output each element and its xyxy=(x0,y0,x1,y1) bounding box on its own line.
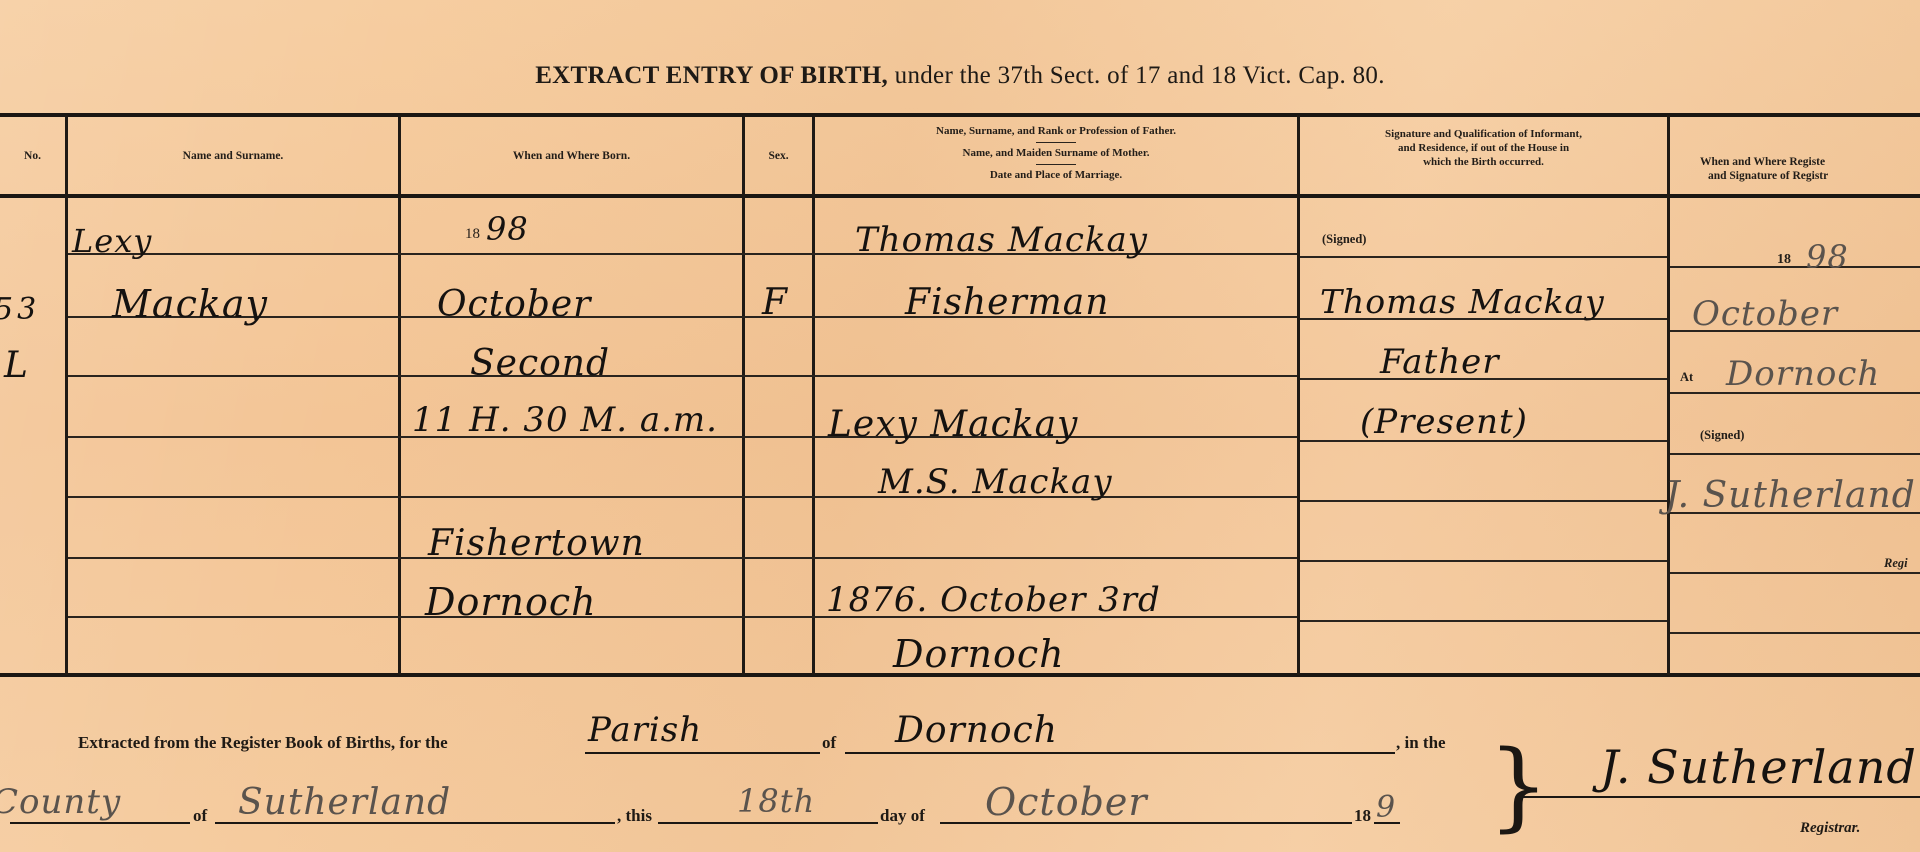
footer-day-line xyxy=(658,822,878,824)
registered-year-prefix: 18 xyxy=(1777,252,1791,268)
footer-day-of-label: day of xyxy=(880,806,925,826)
informant-rule-7 xyxy=(1300,620,1667,622)
header-name-label: Name and Surname. xyxy=(183,148,284,165)
header-registered: When and Where Registe and Signature of … xyxy=(1700,150,1920,190)
child-first-name: Lexy xyxy=(72,222,152,260)
footer-day-value: 18th xyxy=(737,782,815,820)
born-year-prefix: 18 xyxy=(465,226,480,243)
col-divider-parents xyxy=(1297,115,1300,675)
header-informant-label-1: Signature and Qualification of Informant… xyxy=(1385,128,1582,142)
title-bold: EXTRACT ENTRY OF BIRTH, xyxy=(535,62,888,89)
registrar-signed-label: (Signed) xyxy=(1700,428,1744,443)
footer-year-line xyxy=(1374,822,1400,824)
marriage-place: Dornoch xyxy=(893,632,1065,676)
header-informant-label-2: and Residence, if out of the House in xyxy=(1398,142,1569,156)
footer-registrar-label: Registrar. xyxy=(1800,820,1860,837)
footer-of-label: of xyxy=(822,733,836,753)
document-title: EXTRACT ENTRY OF BIRTH, under the 37th S… xyxy=(0,62,1920,90)
footer-this-label: , this xyxy=(617,806,652,826)
col-divider-born xyxy=(742,115,745,675)
row-rule-6 xyxy=(68,557,1297,559)
footer-year-suffix: 9 xyxy=(1376,790,1396,825)
header-informant-label-3: which the Birth occurred. xyxy=(1423,156,1544,170)
footer-county-name-line xyxy=(215,822,615,824)
header-marriage-label: Date and Place of Marriage. xyxy=(990,168,1122,184)
informant-name: Thomas Mackay xyxy=(1320,282,1605,321)
father-name: Thomas Mackay xyxy=(855,220,1148,260)
header-informant: Signature and Qualification of Informant… xyxy=(1300,116,1667,182)
registered-rule-4 xyxy=(1670,453,1920,455)
footer-district-name: Dornoch xyxy=(895,710,1058,751)
header-registered-label-1: When and Where Registe xyxy=(1700,156,1825,170)
header-registered-label-2: and Signature of Registr xyxy=(1700,170,1828,184)
header-sex-label: Sex. xyxy=(768,148,788,165)
mother-name: Lexy Mackay xyxy=(828,404,1078,445)
footer-in-the-label: , in the xyxy=(1396,733,1446,753)
footer-county-name: Sutherland xyxy=(238,782,451,823)
footer-year-prefix: 18 xyxy=(1354,806,1371,826)
footer-district-type-line xyxy=(585,752,820,754)
header-no: No. xyxy=(0,118,65,194)
informant-status: (Present) xyxy=(1360,402,1528,442)
registered-rule-6 xyxy=(1670,572,1920,574)
registered-rule-1 xyxy=(1670,266,1920,268)
header-mother-label: Name, and Maiden Surname of Mother. xyxy=(963,146,1150,162)
header-parents: Name, Surname, and Rank or Profession of… xyxy=(815,114,1297,194)
registrar-signature: J. Sutherland xyxy=(1665,475,1916,516)
header-when-where-born: When and Where Born. xyxy=(401,118,742,194)
footer-county-of-label: of xyxy=(193,806,207,826)
born-place-1: Fishertown xyxy=(428,523,645,564)
born-month: October xyxy=(437,284,591,325)
row-rule-3 xyxy=(68,375,1297,377)
registered-place: Dornoch xyxy=(1726,354,1880,394)
col-divider-no xyxy=(65,115,68,675)
father-profession: Fisherman xyxy=(905,282,1109,323)
informant-qualification: Father xyxy=(1380,342,1500,382)
informant-rule-5 xyxy=(1300,500,1667,502)
registered-year-suffix: 98 xyxy=(1806,238,1849,276)
marriage-date: 1876. October 3rd xyxy=(826,580,1161,620)
footer-registrar-signature: J. Sutherland xyxy=(1600,740,1917,794)
informant-rule-1 xyxy=(1300,256,1667,258)
col-divider-informant xyxy=(1667,115,1670,675)
header-separator xyxy=(1036,142,1076,143)
born-place-2: Dornoch xyxy=(425,580,597,624)
informant-rule-6 xyxy=(1300,560,1667,562)
col-divider-name xyxy=(398,115,401,675)
footer-month-line xyxy=(940,822,1352,824)
header-separator xyxy=(1036,164,1076,165)
footer-county-label: County xyxy=(0,782,121,822)
born-time: 11 H. 30 M. a.m. xyxy=(412,400,718,440)
header-no-label: No. xyxy=(24,148,41,165)
sex-value: F xyxy=(762,282,788,323)
child-surname: Mackay xyxy=(112,282,268,326)
born-day: Second xyxy=(470,343,610,384)
col-divider-sex xyxy=(812,115,815,675)
title-rest: under the 37th Sect. of 17 and 18 Vict. … xyxy=(888,62,1385,89)
footer-month-value: October xyxy=(985,780,1148,824)
header-bottom-rule xyxy=(0,194,1920,198)
registered-rule-7 xyxy=(1670,632,1920,634)
footer-brace: } xyxy=(1488,738,1549,834)
header-name: Name and Surname. xyxy=(68,118,398,194)
entry-number-suffix: L xyxy=(4,345,29,386)
footer-district-type: Parish xyxy=(588,710,702,750)
header-father-label: Name, Surname, and Rank or Profession of… xyxy=(936,124,1176,140)
entry-number: 53 xyxy=(0,292,40,327)
registrar-label-partial: Regi xyxy=(1884,556,1908,571)
footer-signature-line xyxy=(1520,796,1920,798)
footer-county-label-line xyxy=(10,822,190,824)
registered-month: October xyxy=(1692,294,1838,334)
informant-signed-label: (Signed) xyxy=(1322,232,1366,247)
footer-district-name-line xyxy=(845,752,1395,754)
header-born-label: When and Where Born. xyxy=(513,148,630,165)
born-year-suffix: 98 xyxy=(486,210,529,248)
header-sex: Sex. xyxy=(745,118,812,194)
mother-maiden-surname: M.S. Mackay xyxy=(878,462,1113,502)
registered-at-label: At xyxy=(1680,370,1693,385)
footer-extracted-label: Extracted from the Register Book of Birt… xyxy=(78,733,448,753)
